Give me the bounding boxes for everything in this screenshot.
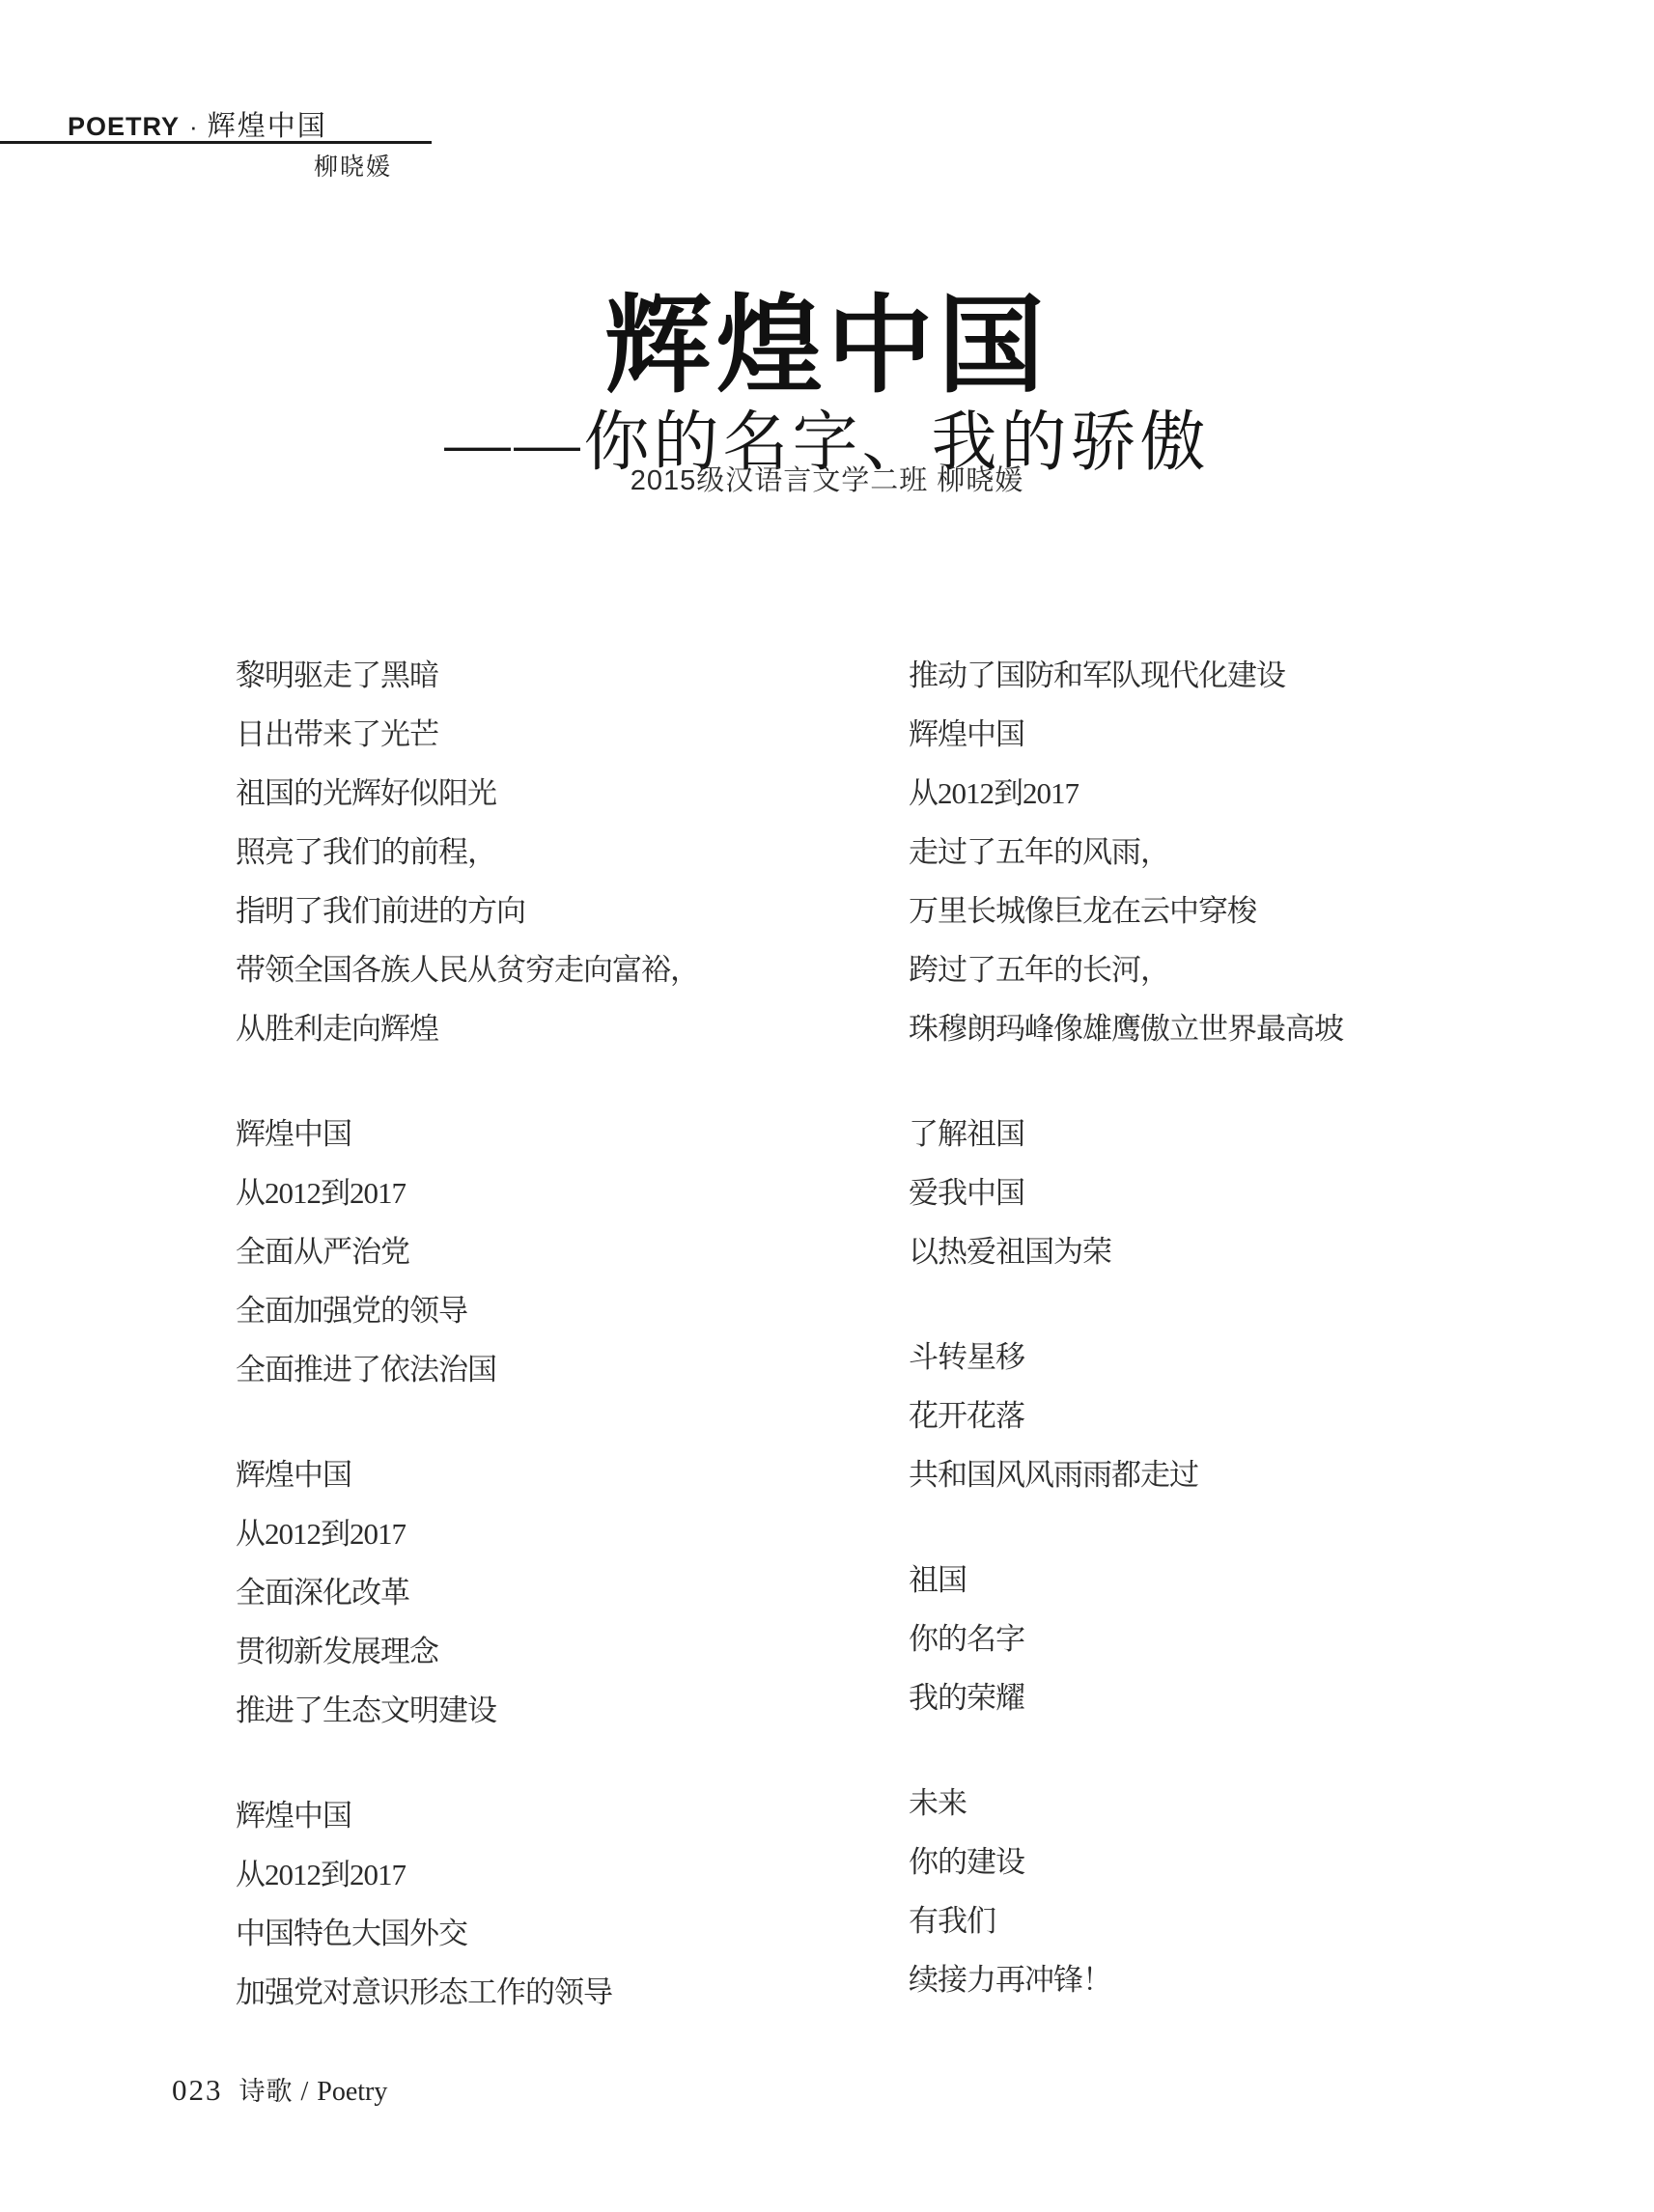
poem-line: 我的荣耀 — [909, 1668, 1343, 1727]
poem-line: 黎明驱走了黑暗 — [236, 646, 699, 705]
poem-line: 全面从严治党 — [236, 1222, 699, 1281]
poem-line: 爱我中国 — [909, 1163, 1343, 1222]
poem-line: 辉煌中国 — [236, 1105, 699, 1163]
poem-line: 花开花落 — [909, 1386, 1343, 1445]
poem-stanza: 未来你的建设有我们续接力再冲锋！ — [909, 1774, 1343, 2009]
poem-line: 推动了国防和军队现代化建设 — [909, 646, 1343, 705]
poem-line: 指明了我们前进的方向 — [236, 882, 699, 940]
poem-line: 跨过了五年的长河， — [909, 940, 1343, 999]
poem-title: 辉煌中国 — [0, 286, 1654, 407]
poem-stanza: 黎明驱走了黑暗日出带来了光芒祖国的光辉好似阳光照亮了我们的前程，指明了我们前进的… — [236, 646, 699, 1058]
poem-line: 中国特色大国外交 — [236, 1904, 699, 1963]
poem-stanza: 了解祖国爱我中国以热爱祖国为荣 — [909, 1105, 1343, 1281]
poem-line: 从2012到2017 — [909, 764, 1343, 823]
poem-line: 推进了生态文明建设 — [236, 1681, 699, 1740]
poem-stanza: 辉煌中国从2012到2017全面从严治党全面加强党的领导全面推进了依法治国 — [236, 1105, 699, 1399]
poem-line: 全面推进了依法治国 — [236, 1340, 699, 1399]
poem-line: 续接力再冲锋！ — [909, 1950, 1343, 2009]
poem-stanza: 斗转星移花开花落共和国风风雨雨都走过 — [909, 1328, 1343, 1504]
poem-line: 祖国的光辉好似阳光 — [236, 764, 699, 823]
kicker-topic-zh: 辉煌中国 — [208, 104, 327, 144]
poem-line: 照亮了我们的前程， — [236, 823, 699, 882]
poem-stanza: 辉煌中国从2012到2017全面深化改革贯彻新发展理念推进了生态文明建设 — [236, 1445, 699, 1740]
poem-line: 共和国风风雨雨都走过 — [909, 1445, 1343, 1504]
poem-line: 辉煌中国 — [909, 705, 1343, 764]
poem-line: 走过了五年的风雨， — [909, 823, 1343, 882]
footer-section-zh: 诗歌 — [239, 2070, 294, 2108]
poem-line: 你的名字 — [909, 1610, 1343, 1668]
poem-stanza: 辉煌中国从2012到2017中国特色大国外交加强党对意识形态工作的领导 — [236, 1786, 699, 2022]
footer-section-en: Poetry — [317, 2077, 387, 2108]
kicker-section-en: POETRY — [68, 112, 180, 142]
poem-byline: 2015级汉语言文学二班 柳晓媛 — [0, 463, 1654, 498]
kicker-rule-divider — [0, 141, 432, 144]
page-footer: 023 诗歌 / Poetry — [172, 2070, 387, 2108]
poem-line: 未来 — [909, 1774, 1343, 1833]
footer-page-number: 023 — [172, 2073, 223, 2108]
footer-separator: / — [301, 2077, 309, 2108]
poem-line: 辉煌中国 — [236, 1786, 699, 1845]
poem-stanza: 推动了国防和军队现代化建设辉煌中国从2012到2017走过了五年的风雨，万里长城… — [909, 646, 1343, 1058]
poem-column-right: 推动了国防和军队现代化建设辉煌中国从2012到2017走过了五年的风雨，万里长城… — [909, 646, 1343, 2009]
poem-line: 从2012到2017 — [236, 1504, 699, 1563]
kicker-dot-separator: · — [189, 112, 198, 142]
poem-line: 以热爱祖国为荣 — [909, 1222, 1343, 1281]
poem-line: 带领全国各族人民从贫穷走向富裕， — [236, 940, 699, 999]
poem-line: 全面加强党的领导 — [236, 1281, 699, 1340]
poem-line: 万里长城像巨龙在云中穿梭 — [909, 882, 1343, 940]
poem-line: 日出带来了光芒 — [236, 705, 699, 764]
poem-line: 珠穆朗玛峰像雄鹰傲立世界最高坡 — [909, 999, 1343, 1058]
poem-line: 从2012到2017 — [236, 1845, 699, 1904]
poem-line: 从2012到2017 — [236, 1163, 699, 1222]
poem-line: 祖国 — [909, 1551, 1343, 1610]
poem-line: 辉煌中国 — [236, 1445, 699, 1504]
poem-line: 斗转星移 — [909, 1328, 1343, 1386]
poem-line: 全面深化改革 — [236, 1563, 699, 1622]
section-kicker: POETRY · 辉煌中国 — [68, 104, 327, 144]
poem-line: 加强党对意识形态工作的领导 — [236, 1963, 699, 2022]
poem-line: 你的建设 — [909, 1833, 1343, 1891]
poem-stanza: 祖国你的名字我的荣耀 — [909, 1551, 1343, 1727]
kicker-author: 柳晓媛 — [0, 148, 392, 182]
poem-line: 了解祖国 — [909, 1105, 1343, 1163]
poem-line: 从胜利走向辉煌 — [236, 999, 699, 1058]
poem-line: 有我们 — [909, 1891, 1343, 1950]
poem-column-left: 黎明驱走了黑暗日出带来了光芒祖国的光辉好似阳光照亮了我们的前程，指明了我们前进的… — [236, 646, 699, 2022]
poem-line: 贯彻新发展理念 — [236, 1622, 699, 1681]
